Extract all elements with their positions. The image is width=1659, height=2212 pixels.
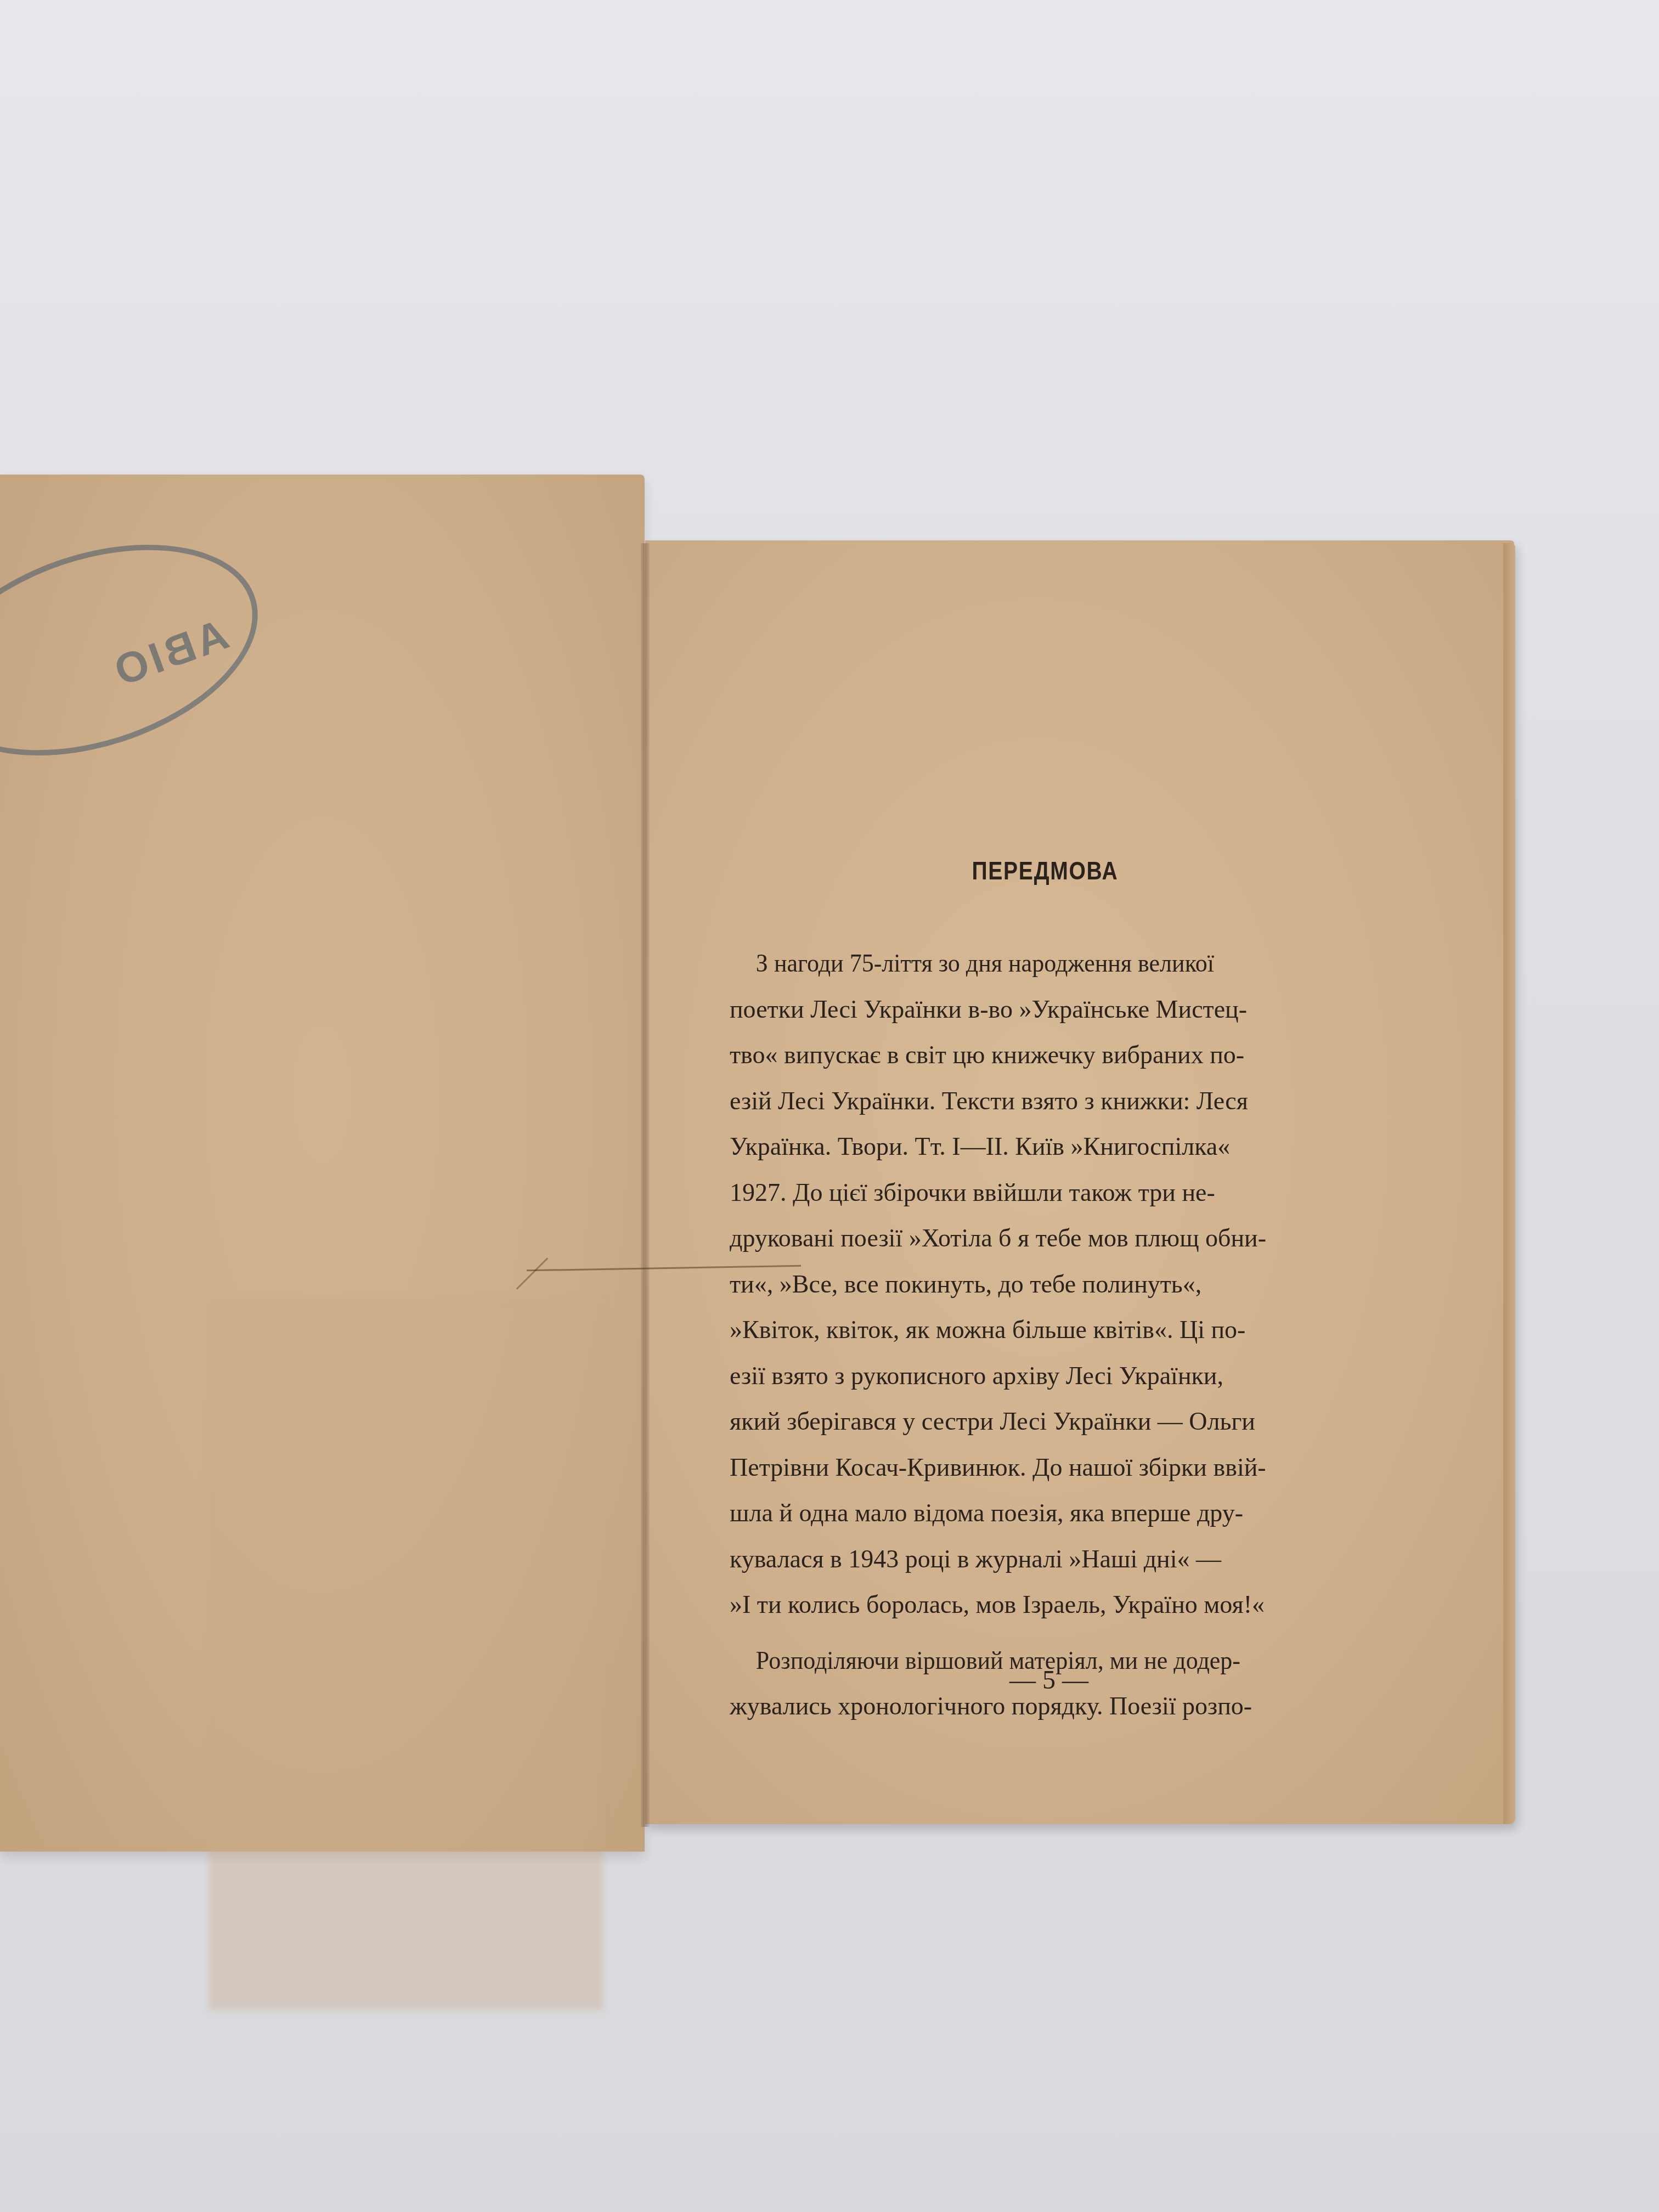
- page-content: ПЕРЕДМОВА З нагоди 75-ліття зо дня народ…: [730, 856, 1366, 1729]
- text-line: який зберігався у сестри Лесі Українки —…: [730, 1398, 1366, 1444]
- text-line: поетки Лесі Українки в-во »Українське Ми…: [730, 986, 1366, 1032]
- page-block-edge: [1503, 543, 1515, 1824]
- text-line: Українка. Твори. Тт. I—II. Київ »Книгосп…: [730, 1124, 1366, 1170]
- text-line: Петрівни Косач-Кривинюк. До нашої збірки…: [730, 1444, 1366, 1491]
- preface-paragraph-1: З нагоди 75-ліття зо дня народження вели…: [730, 940, 1366, 1628]
- text-line: З нагоди 75-ліття зо дня народження вели…: [730, 940, 1339, 986]
- text-line: тво« випускає в світ цю книжечку вибрани…: [730, 1032, 1366, 1078]
- text-line: езій Лесі Українки. Тексти взято з книжк…: [730, 1078, 1366, 1124]
- text-line: »І ти колись боролась, мов Ізраель, Укра…: [730, 1582, 1366, 1628]
- text-line: друковані поезії »Хотіла б я тебе мов пл…: [730, 1215, 1366, 1261]
- show-through-print: [208, 1297, 603, 2011]
- text-line: шла й одна мало відома поезія, яка вперш…: [730, 1490, 1366, 1536]
- text-line: »Квіток, квіток, як можна більше квітів«…: [730, 1307, 1366, 1353]
- text-line: езії взято з рукописного архіву Лесі Укр…: [730, 1353, 1366, 1399]
- text-line: ти«, »Все, все покинуть, до тебе полинут…: [730, 1261, 1366, 1307]
- open-book: ABIO ПЕРЕДМОВА З нагоди 75-ліття зо дня …: [0, 0, 1659, 2212]
- page-number: — 5 —: [1009, 1665, 1088, 1695]
- book-gutter: [641, 543, 650, 1827]
- text-line: кувалася в 1943 році в журналі »Наші дні…: [730, 1536, 1366, 1582]
- page-title: ПЕРЕДМОВА: [772, 856, 1318, 885]
- text-line: 1927. До цієї збірочки ввійшли також три…: [730, 1170, 1366, 1216]
